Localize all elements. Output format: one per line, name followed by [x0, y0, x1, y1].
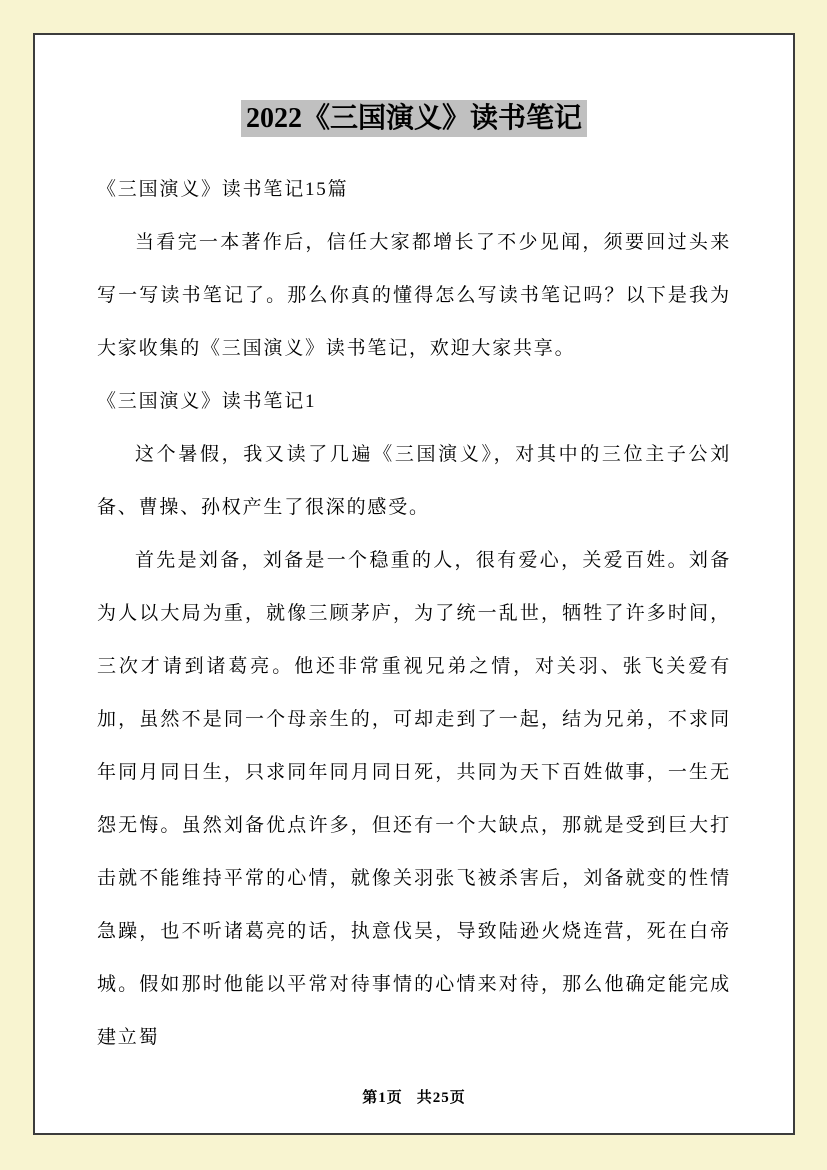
paragraph: 当看完一本著作后，信任大家都增长了不少见闻，须要回过头来写一写读书笔记了。那么你… [97, 216, 731, 375]
section-heading: 《三国演义》读书笔记1 [97, 375, 731, 428]
document-page: 2022《三国演义》读书笔记 《三国演义》读书笔记15篇 当看完一本著作后，信任… [33, 33, 795, 1135]
total-pages-label: 共25页 [417, 1090, 466, 1106]
document-viewer-background: 2022《三国演义》读书笔记 《三国演义》读书笔记15篇 当看完一本著作后，信任… [0, 0, 827, 1170]
page-footer: 第1页共25页 [35, 1086, 793, 1107]
document-title: 2022《三国演义》读书笔记 [75, 97, 753, 141]
current-page-label: 第1页 [362, 1090, 403, 1106]
document-subtitle: 《三国演义》读书笔记15篇 [97, 163, 731, 216]
document-body: 《三国演义》读书笔记15篇 当看完一本著作后，信任大家都增长了不少见闻，须要回过… [97, 163, 731, 1064]
paragraph: 首先是刘备，刘备是一个稳重的人，很有爱心，关爱百姓。刘备为人以大局为重，就像三顾… [97, 534, 731, 1064]
paragraph: 这个暑假，我又读了几遍《三国演义》，对其中的三位主子公刘备、曹操、孙权产生了很深… [97, 428, 731, 534]
title-highlight: 2022《三国演义》读书笔记 [241, 100, 587, 137]
